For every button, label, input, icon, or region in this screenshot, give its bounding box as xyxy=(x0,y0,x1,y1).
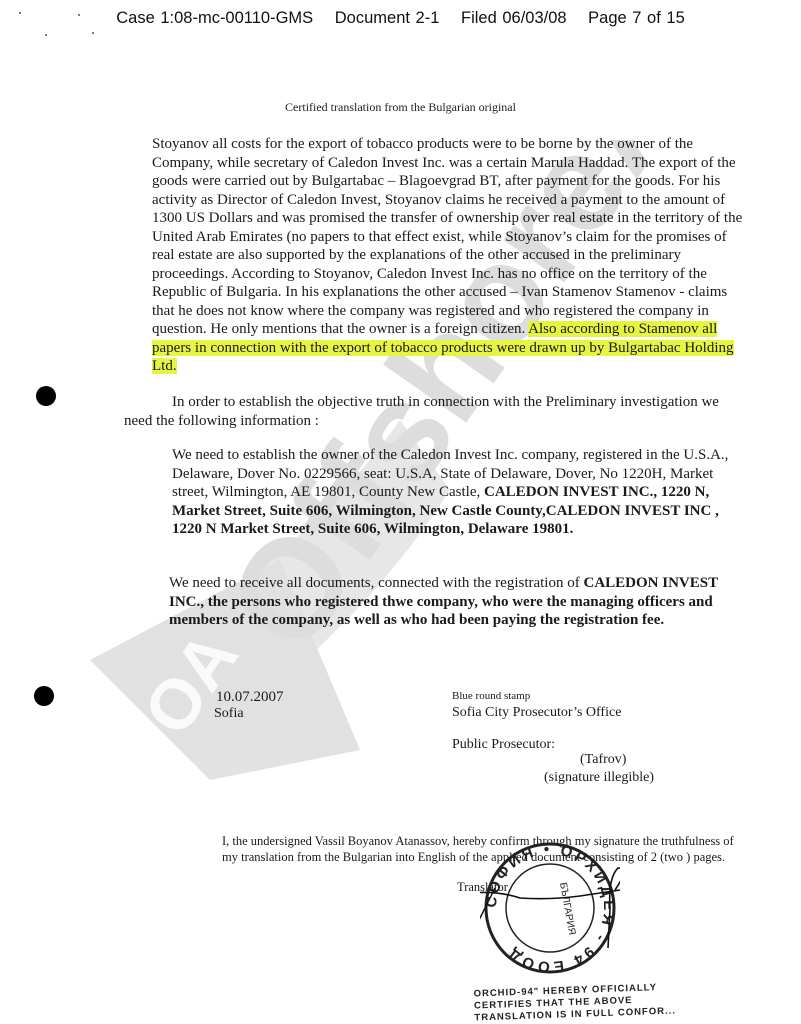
prosecutor-office: Sofia City Prosecutor’s Office xyxy=(452,705,621,721)
punch-hole xyxy=(34,686,54,706)
svg-text:БЪЛГАРИЯ: БЪЛГАРИЯ xyxy=(557,882,577,936)
prosecutor-role: Public Prosecutor: xyxy=(452,737,555,753)
paragraph-owner-request: We need to establish the owner of the Ca… xyxy=(172,446,732,539)
orchid-certificate-stamp: ORCHID-94" HEREBY OFFICIALLY CERTIFIES T… xyxy=(473,981,676,1024)
signature-note: (signature illegible) xyxy=(544,770,654,786)
document-city: Sofia xyxy=(214,706,244,722)
svg-text:СОФИЯ • ОРХИДЕЯ - 94 ЕООД: СОФИЯ • ОРХИДЕЯ - 94 ЕООД xyxy=(483,841,617,975)
case-number: Case 1:08-mc-00110-GMS xyxy=(116,9,313,27)
prosecutor-name: (Tafrov) xyxy=(580,752,626,768)
paragraph-text: Stoyanov all costs for the export of tob… xyxy=(152,136,742,337)
stamp-note: Blue round stamp xyxy=(452,690,530,702)
document-date: 10.07.2007 xyxy=(216,688,284,706)
case-header: Case 1:08-mc-00110-GMS Document 2-1 File… xyxy=(0,9,801,28)
scan-speck xyxy=(45,34,47,36)
scan-speck xyxy=(78,14,80,16)
round-stamp-icon: СОФИЯ • ОРХИДЕЯ - 94 ЕООД БЪЛГАРИЯ xyxy=(480,838,620,978)
watermark-logo: OA xyxy=(128,618,252,749)
translation-subtitle: Certified translation from the Bulgarian… xyxy=(0,100,801,115)
page-number: Page 7 of 15 xyxy=(588,9,685,27)
punch-hole xyxy=(36,386,56,406)
filed-date: Filed 06/03/08 xyxy=(461,9,567,27)
paragraph-documents-request: We need to receive all documents, connec… xyxy=(169,574,729,630)
scan-speck xyxy=(92,32,94,34)
paragraph-text: We need to receive all documents, connec… xyxy=(169,575,583,591)
document-number: Document 2-1 xyxy=(335,9,440,27)
paragraph-request-intro: In order to establish the objective trut… xyxy=(124,393,724,430)
paragraph-stoyanov: Stoyanov all costs for the export of tob… xyxy=(152,135,752,376)
scan-speck xyxy=(19,12,21,14)
